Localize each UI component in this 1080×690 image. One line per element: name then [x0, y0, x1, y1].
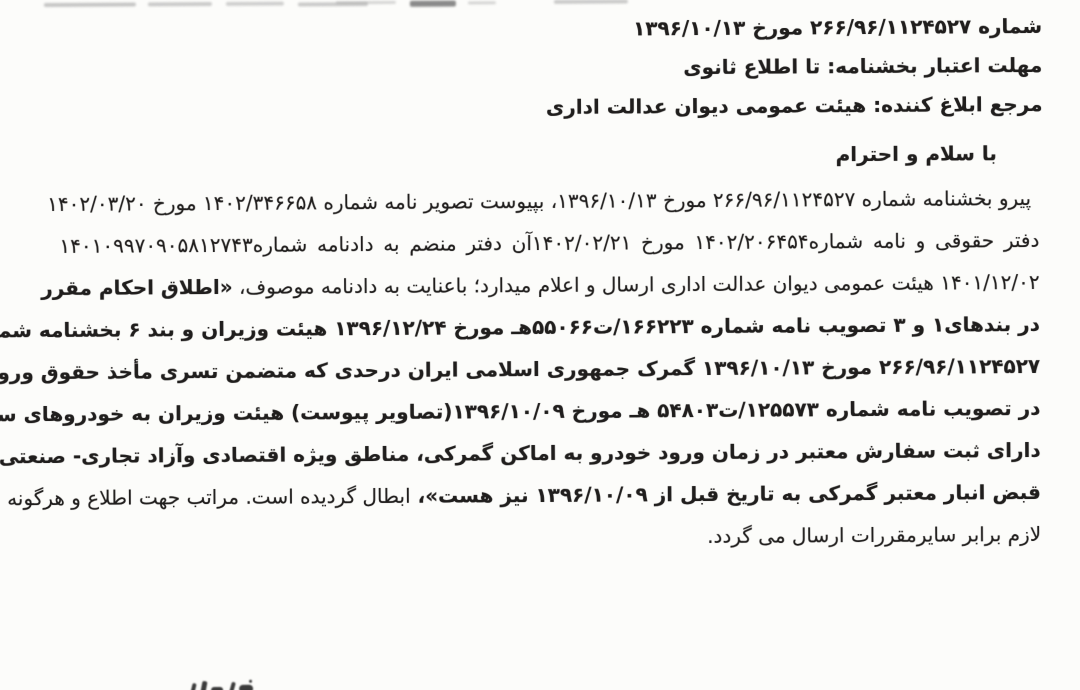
notifying-authority-line: مرجع ابلاغ کننده: هیئت عمومی دیوان عدالت… — [58, 85, 1042, 130]
signature-top-fragment — [239, 685, 253, 690]
salutation: با سلام و احترام — [836, 141, 997, 166]
scan-content: شماره ۲۶۶/۹۶/۱۱۲۴۵۲۷ مورخ ۱۳۹۶/۱۰/۱۳ مهل… — [0, 0, 1080, 690]
scanned-document-page: شماره ۲۶۶/۹۶/۱۱۲۴۵۲۷ مورخ ۱۳۹۶/۱۰/۱۳ مهل… — [0, 0, 1080, 690]
body-line-8-text: ابطال گردیده است. مراتب جهت اطلاع و هرگو… — [0, 484, 411, 511]
body-line-8-quote-end: قبض انبار معتبر گمرکی به تاریخ قبل از ۱۳… — [410, 480, 1040, 508]
top-edge-print-remnant — [226, 2, 284, 6]
body-line-7: دارای ثبت سفارش معتبر در زمان ورود خودرو… — [61, 429, 1041, 477]
body-line-4: در بندهای۱ و ۳ تصویب نامه شماره ۱۶۶۲۲۳/ت… — [60, 303, 1040, 351]
top-edge-print-remnant — [44, 2, 136, 7]
signature-top-fragment — [249, 680, 252, 683]
signature-top-fragment — [190, 683, 197, 690]
circular-validity-line: مهلت اعتبار بخشنامه: تا اطلاع ثانوی — [58, 46, 1042, 91]
signature-top-fragment — [200, 681, 208, 690]
signature-top-fragment — [228, 682, 236, 690]
top-edge-print-remnant — [148, 2, 212, 6]
letter-body: پیرو بخشنامه شماره ۲۶۶/۹۶/۱۱۲۴۵۲۷ مورخ ۱… — [59, 177, 1041, 561]
body-line-3-text: ۱۴۰۱/۱۲/۰۲ هیئت عمومی دیوان عدالت اداری … — [233, 270, 1040, 299]
top-edge-print-remnant — [410, 1, 456, 7]
letter-header: شماره ۲۶۶/۹۶/۱۱۲۴۵۲۷ مورخ ۱۳۹۶/۱۰/۱۳ مهل… — [58, 7, 1043, 130]
body-line-8: قبض انبار معتبر گمرکی به تاریخ قبل از ۱۳… — [61, 471, 1041, 519]
body-line-5: ۲۶۶/۹۶/۱۱۲۴۵۲۷ مورخ ۱۳۹۶/۱۰/۱۳ گمرک جمهو… — [60, 345, 1040, 393]
body-line-3: ۱۴۰۱/۱۲/۰۲ هیئت عمومی دیوان عدالت اداری … — [60, 261, 1040, 309]
body-line-2: دفتر حقوقی و نامه شماره۱۴۰۲/۲۰۶۴۵۴ مورخ … — [59, 219, 1039, 267]
top-edge-print-remnant — [336, 1, 396, 4]
body-line-3-quote-start: «اطلاق احکام مقرر — [41, 275, 233, 300]
letter-number-line: شماره ۲۶۶/۹۶/۱۱۲۴۵۲۷ مورخ ۱۳۹۶/۱۰/۱۳ — [58, 7, 1042, 52]
top-edge-print-remnant — [468, 1, 496, 4]
body-line-9: لازم برابر سایرمقررات ارسال می گردد. — [61, 513, 1041, 561]
body-line-6: در تصویب نامه شماره ۱۲۵۵۷۳/ت۵۴۸۰۳ هـ مور… — [60, 387, 1040, 435]
body-line-1: پیرو بخشنامه شماره ۲۶۶/۹۶/۱۱۲۴۵۲۷ مورخ ۱… — [59, 177, 1039, 225]
top-edge-print-remnant — [554, 0, 628, 4]
